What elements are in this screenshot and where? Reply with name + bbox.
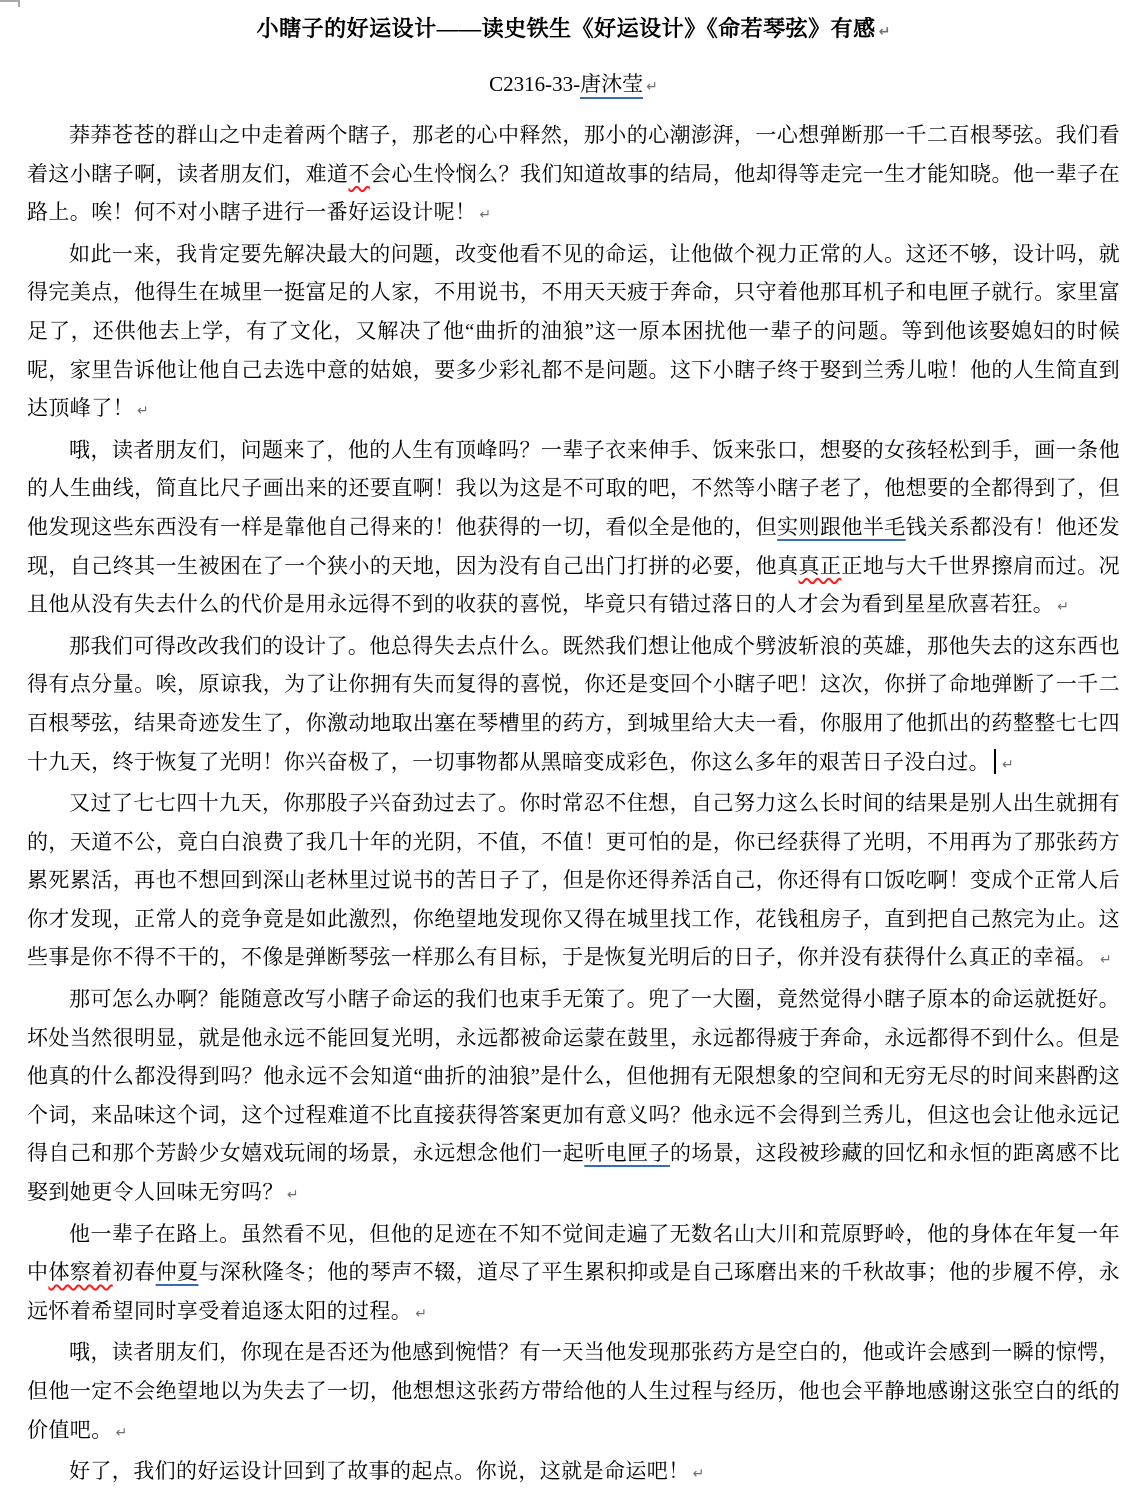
grammar-underline[interactable]: 实则跟他半毛 <box>777 515 906 539</box>
byline-author[interactable]: 唐沐莹 <box>580 72 643 99</box>
paragraph[interactable]: 哦，读者朋友们，你现在是否还为他感到惋惜？有一天当他发现那张药方是空白的，他或许… <box>27 1333 1120 1452</box>
document-content: 小瞎子的好运设计——读史铁生《好运设计》《命若琴弦》有感↵ C2316-33-唐… <box>0 0 1146 1494</box>
grammar-underline[interactable]: 听电匣子 <box>584 1141 670 1165</box>
document-body: 莽莽苍苍的群山之中走着两个瞎子，那老的心中释然，那小的心潮澎湃，一心想弹断那一千… <box>27 116 1120 1494</box>
grammar-underline[interactable]: 仲夏 <box>156 1260 199 1284</box>
paragraph-mark-icon: ↵ <box>137 403 149 419</box>
text-cursor <box>994 749 996 774</box>
paragraph-mark-icon: ↵ <box>1100 952 1112 968</box>
spellcheck-underline[interactable]: 体察着 <box>48 1260 112 1284</box>
byline-prefix: C2316-33- <box>489 72 580 96</box>
paragraph-mark-icon: ↵ <box>116 1425 128 1441</box>
paragraph[interactable]: 哦，读者朋友们，问题来了，他的人生有顶峰吗？一辈子衣来伸手、饭来张口，想娶的女孩… <box>27 431 1120 627</box>
text-run: 又过了七七四十九天，你那股子兴奋劲过去了。你时常忍不住想，自己努力这么长时间的结… <box>27 791 1120 969</box>
text-run: 初春 <box>113 1260 156 1284</box>
paragraph-mark-icon: ↵ <box>879 24 891 40</box>
byline: C2316-33-唐沐莹↵ <box>27 69 1120 102</box>
paragraph-mark-icon: ↵ <box>646 79 658 95</box>
paragraph[interactable]: 如此一来，我肯定要先解决最大的问题，改变他看不见的命运，让他做个视力正常的人。这… <box>27 235 1120 431</box>
spellcheck-underline[interactable]: 真正 <box>799 554 842 578</box>
document-title: 小瞎子的好运设计——读史铁生《好运设计》《命若琴弦》有感↵ <box>27 14 1120 47</box>
paragraph-mark-icon: ↵ <box>479 207 491 223</box>
text-run: 如此一来，我肯定要先解决最大的问题，改变他看不见的命运，让他做个视力正常的人。这… <box>27 242 1120 420</box>
text-run: 那我们可得改改我们的设计了。他总得失去点什么。既然我们想让他成个劈波斩浪的英雄，… <box>27 634 1120 774</box>
paragraph[interactable]: 那我们可得改改我们的设计了。他总得失去点什么。既然我们想让他成个劈波斩浪的英雄，… <box>27 627 1120 784</box>
paragraph-mark-icon: ↵ <box>693 1466 705 1482</box>
text-run: 那可怎么办啊？能随意改写小瞎子命运的我们也束手无策了。兜了一大圈，竟然觉得小瞎子… <box>27 987 1120 1165</box>
paragraph-mark-icon: ↵ <box>415 1306 427 1322</box>
paragraph[interactable]: 好了，我们的好运设计回到了故事的起点。你说，这就是命运吧！↵ <box>27 1452 1120 1494</box>
paragraph-mark-icon: ↵ <box>1002 757 1014 773</box>
paragraph-mark-icon: ↵ <box>287 1187 299 1203</box>
paragraph[interactable]: 又过了七七四十九天，你那股子兴奋劲过去了。你时常忍不住想，自己努力这么长时间的结… <box>27 784 1120 980</box>
margin-crop-mark-icon <box>0 0 20 7</box>
text-run: 好了，我们的好运设计回到了故事的起点。你说，这就是命运吧！ <box>69 1459 690 1483</box>
paragraph[interactable]: 他一辈子在路上。虽然看不见，但他的足迹在不知不觉间走遍了无数名山大川和荒原野岭，… <box>27 1215 1120 1334</box>
paragraph[interactable]: 那可怎么办啊？能随意改写小瞎子命运的我们也束手无策了。兜了一大圈，竟然觉得小瞎子… <box>27 980 1120 1215</box>
paragraph-mark-icon: ↵ <box>1057 599 1069 615</box>
paragraph[interactable]: 莽莽苍苍的群山之中走着两个瞎子，那老的心中释然，那小的心潮澎湃，一心想弹断那一千… <box>27 116 1120 235</box>
title-text: 小瞎子的好运设计——读史铁生《好运设计》《命若琴弦》有感 <box>257 16 876 41</box>
document-page: 小瞎子的好运设计——读史铁生《好运设计》《命若琴弦》有感↵ C2316-33-唐… <box>0 0 1146 1496</box>
text-run: 哦，读者朋友们，你现在是否还为他感到惋惜？有一天当他发现那张药方是空白的，他或许… <box>27 1340 1120 1441</box>
spellcheck-underline[interactable]: 不 <box>348 162 369 186</box>
